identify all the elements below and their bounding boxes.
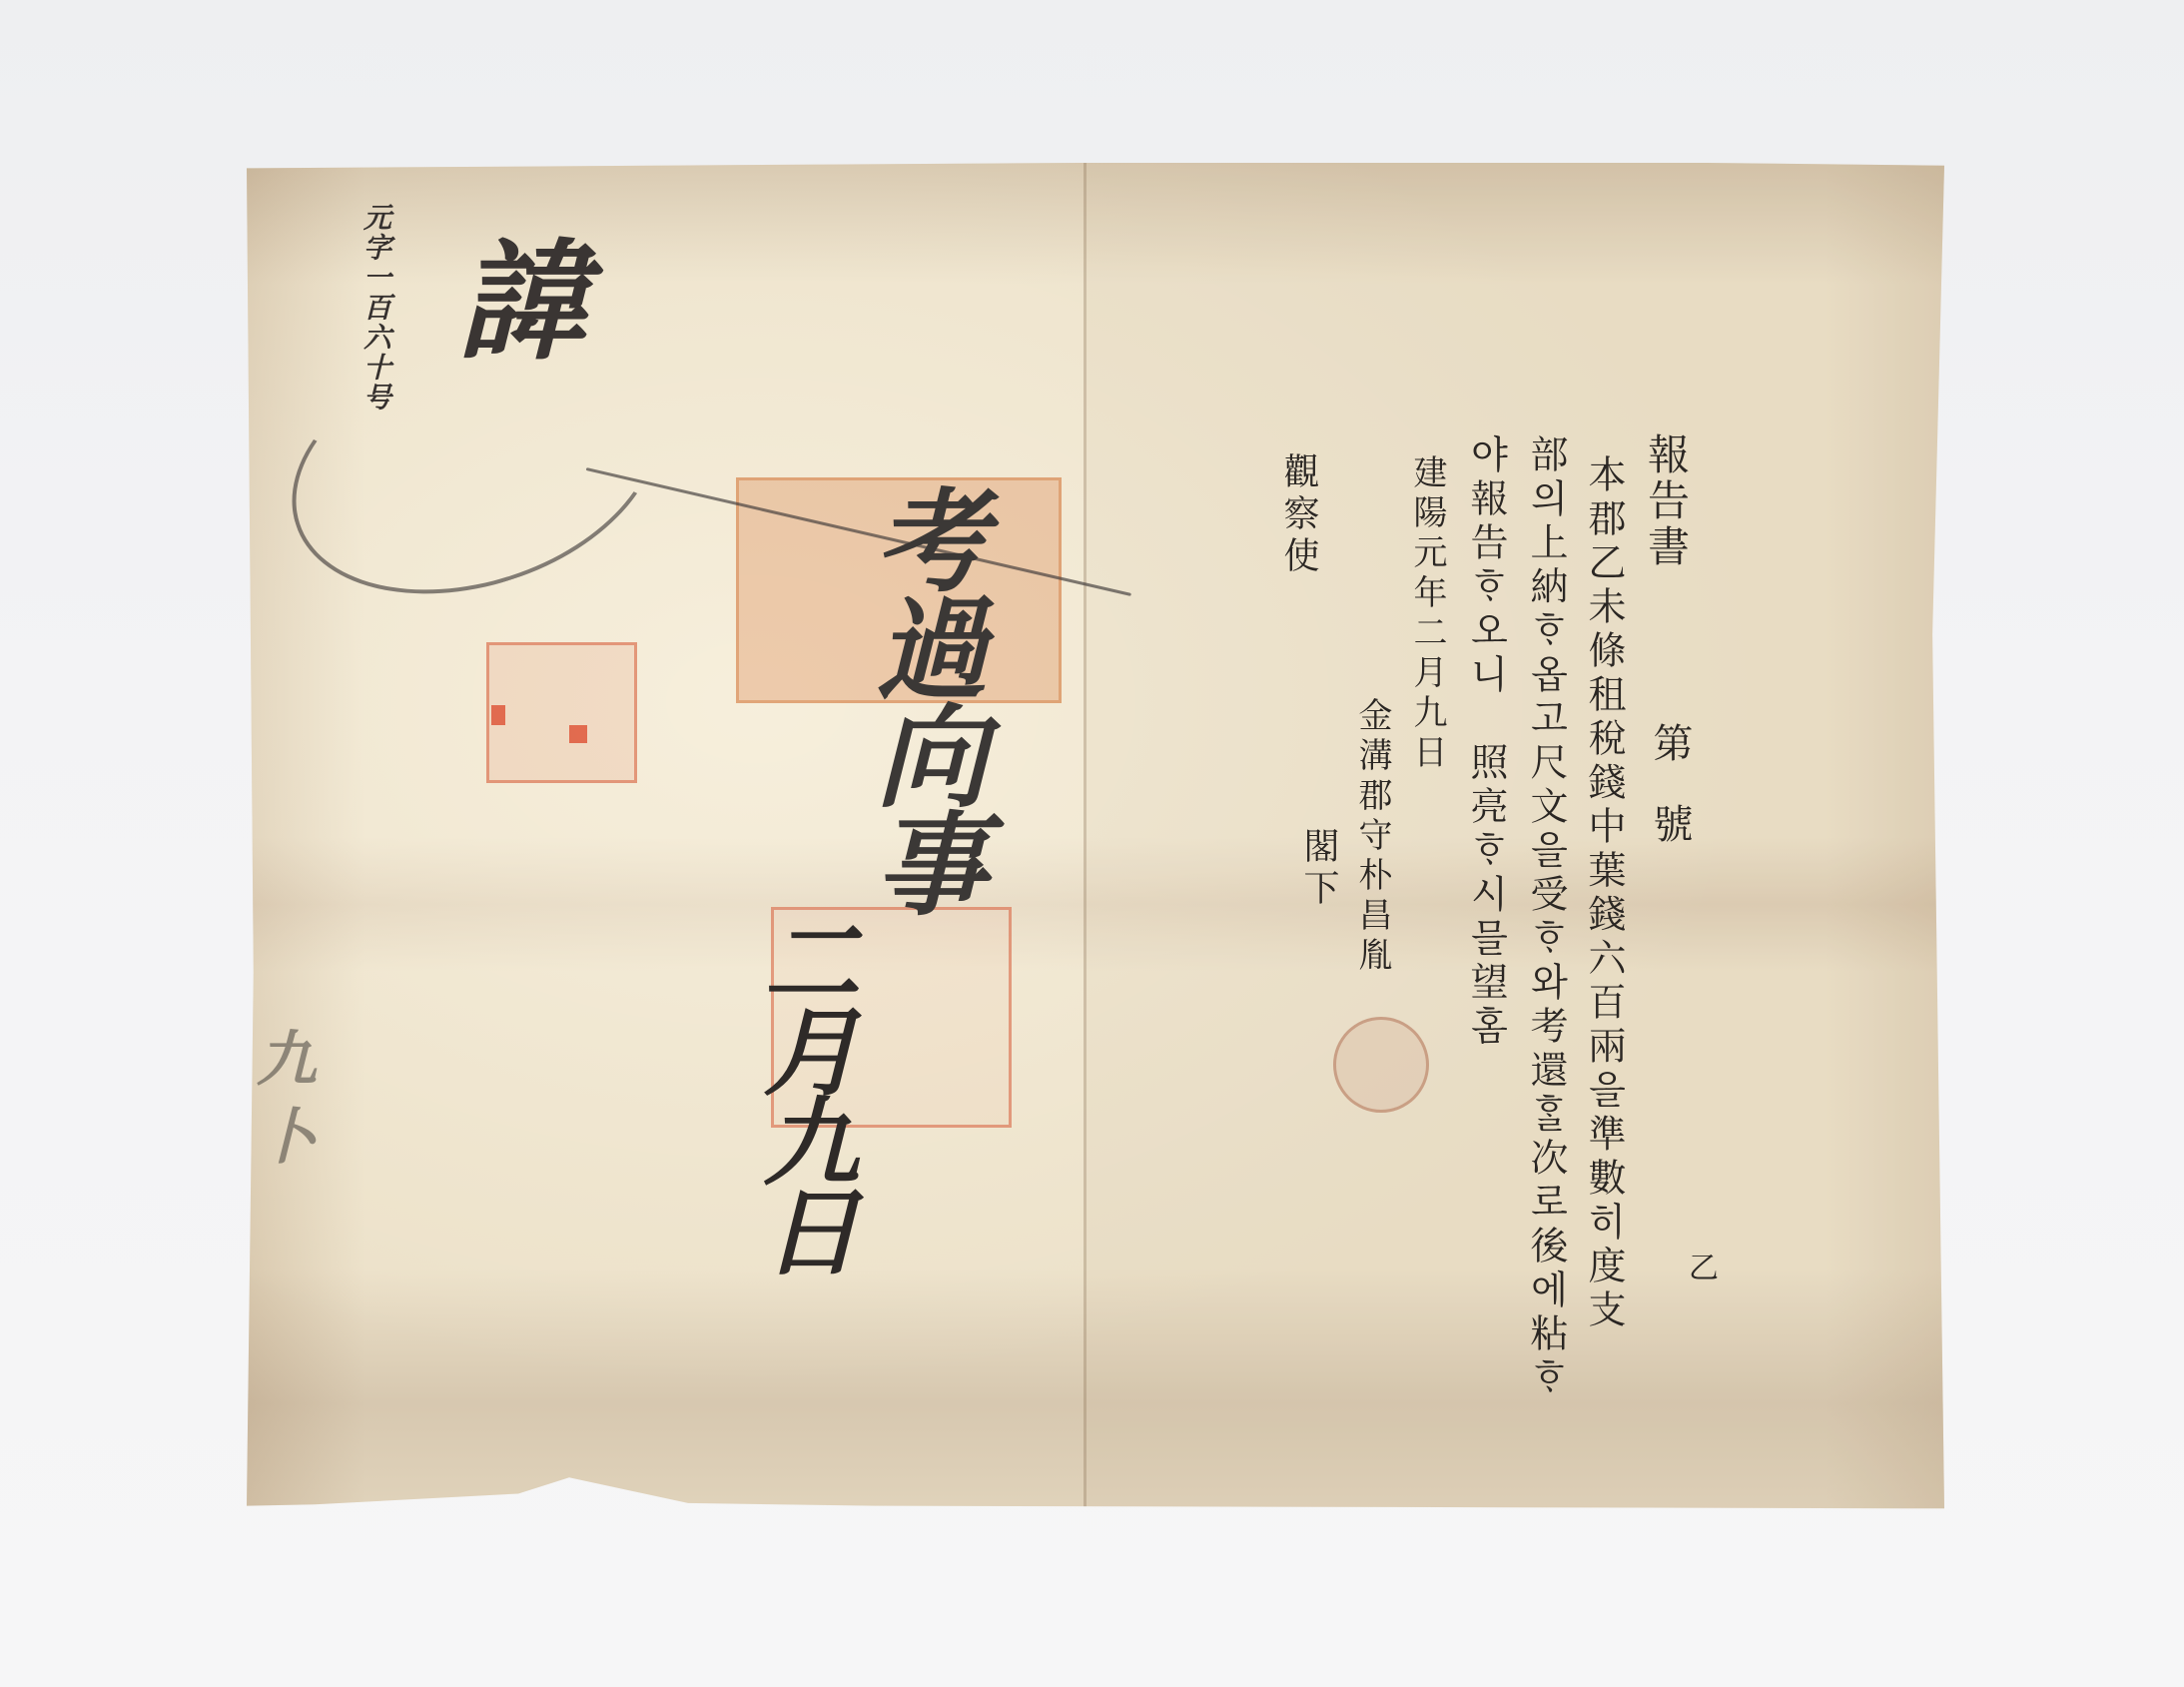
signature-flourish-loop — [259, 295, 691, 637]
seal-ink-mark — [569, 725, 587, 743]
report-number-label: 第 號 — [1650, 722, 1690, 857]
recipient-honorific: 閣下 — [1300, 827, 1336, 911]
faint-margin-annotation: 九卜 — [252, 1027, 312, 1183]
report-title: 報告書 — [1645, 432, 1687, 570]
disposition-date: 二月九日 — [756, 912, 852, 1271]
small-square-seal — [486, 642, 637, 783]
report-date: 建陽元年二月九日 — [1410, 454, 1444, 774]
paper-right-half-tint — [1087, 163, 1944, 1511]
sender-name: 金溝郡守朴昌胤 — [1355, 697, 1389, 977]
report-body-line-1: 本郡乙未條租稅錢中葉錢六百兩을準數히度支 — [1585, 454, 1623, 1333]
report-body-line-2: 部의上納ᄒᆞ옵고尺文을受ᄒᆞ와考還ᄒᆞᆯ次로後에粘ᄒᆞ — [1527, 434, 1565, 1401]
seal-ink-mark — [491, 705, 505, 725]
center-fold-line — [1084, 163, 1087, 1511]
disposition-annotation: 考過向事 — [866, 482, 978, 914]
report-body-line-3: 야報告ᄒᆞ오니 照亮ᄒᆞ시믈望홈 — [1467, 434, 1505, 1050]
recipient-title: 觀察使 — [1280, 452, 1316, 578]
document-paper: 報告書 第 號 本郡乙未條租稅錢中葉錢六百兩을準數히度支 乙 部의上納ᄒᆞ옵고尺… — [247, 163, 1944, 1511]
round-seal — [1333, 1017, 1429, 1113]
small-mark: 乙 — [1685, 1252, 1715, 1285]
